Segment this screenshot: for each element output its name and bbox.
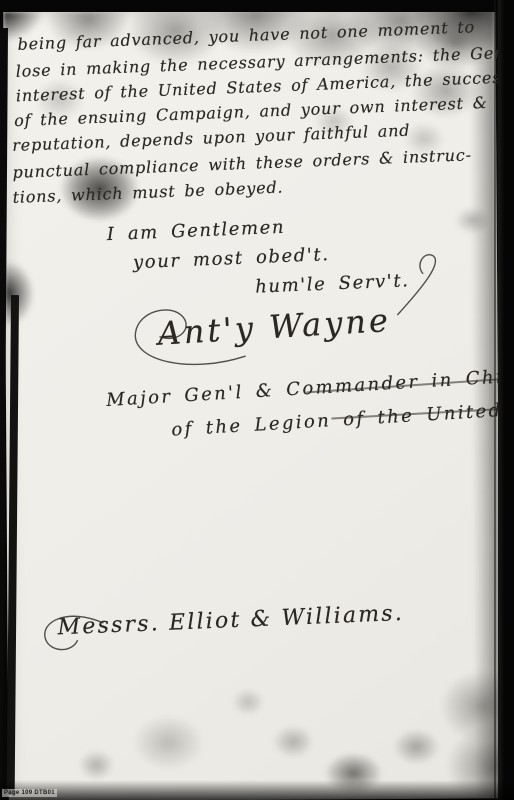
letter-body-line: tions, which must be obeyed.: [12, 178, 283, 207]
scan-edge-bottom: [0, 780, 514, 800]
scan-edge-top: [0, 0, 514, 12]
closing-line: your most obed't.: [133, 244, 330, 273]
closing-line: I am Gentlemen: [106, 217, 285, 245]
addressee-text: Messrs. Elliot & Williams.: [57, 601, 404, 640]
signature-text: Ant'y Wayne: [157, 301, 392, 353]
scanned-letter-page: being far advanced, you have not one mom…: [0, 0, 514, 800]
paper-sheet: being far advanced, you have not one mom…: [3, 8, 501, 800]
page-edge-line: [494, 0, 496, 800]
scan-edge-right: [498, 0, 514, 800]
scanner-page-label: Page 109 DTB01: [2, 789, 57, 797]
closing-line: hum'le Serv't.: [255, 270, 410, 297]
